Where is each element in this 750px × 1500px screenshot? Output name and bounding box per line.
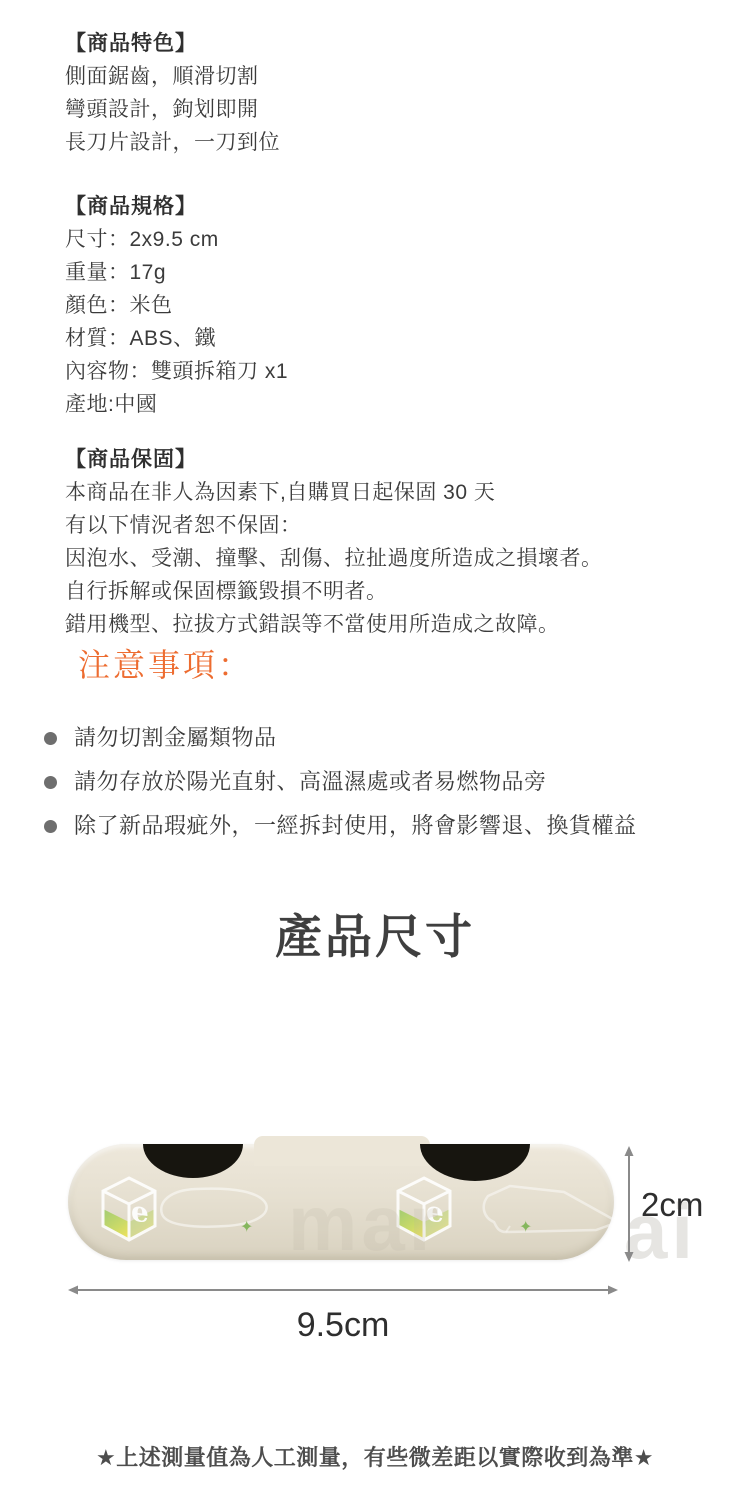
sparkle-icon: ✦ <box>240 1220 253 1236</box>
spec-origin: 產地:中國 <box>65 388 710 421</box>
warranty-title: 【商品保固】 <box>65 443 710 476</box>
features-line: 側面鋸齒，順滑切割 <box>65 60 710 93</box>
bullet-dot-icon <box>44 776 57 789</box>
warranty-line: 有以下情況者恕不保固： <box>65 509 710 542</box>
brand-cube-logo-icon: e <box>396 1176 452 1242</box>
product-description-page: 【商品特色】 側面鋸齒，順滑切割 彎頭設計，鉤划即開 長刀片設計，一刀到位 【商… <box>0 0 750 1500</box>
notice-bullet-text: 除了新品瑕疵外，一經拆封使用，將會影響退、換貨權益 <box>74 813 637 839</box>
bullet-dot-icon <box>44 820 57 833</box>
features-title: 【商品特色】 <box>65 27 710 60</box>
height-dimension-label: 2cm <box>641 1186 703 1224</box>
svg-text:e: e <box>426 1194 444 1229</box>
notice-bullet-text: 請勿切割金屬類物品 <box>74 725 277 751</box>
features-line: 彎頭設計，鉤划即開 <box>65 93 710 126</box>
width-dimension-label: 9.5cm <box>68 1306 618 1345</box>
brand-cube-logo-icon: e <box>101 1176 157 1242</box>
product-image: e e ✦ ✦ <box>68 1144 614 1260</box>
sparkle-icon: ✦ <box>519 1220 532 1236</box>
section-features: 【商品特色】 側面鋸齒，順滑切割 彎頭設計，鉤划即開 長刀片設計，一刀到位 <box>65 27 710 159</box>
notice-title: 注意事項： <box>78 644 253 686</box>
warranty-line: 本商品在非人為因素下,自購買日起保固 30 天 <box>65 476 710 509</box>
figure-title: 產品尺寸 <box>0 900 750 967</box>
spec-weight: 重量：17g <box>65 256 710 289</box>
spec-contents: 內容物：雙頭拆箱刀 x1 <box>65 355 710 388</box>
section-specs: 【商品規格】 尺寸：2x9.5 cm 重量：17g 顏色：米色 材質：ABS、鐵… <box>65 190 710 421</box>
spec-material: 材質：ABS、鐵 <box>65 322 710 355</box>
product-raised-center <box>254 1136 430 1166</box>
notice-bullet-item: 除了新品瑕疵外，一經拆封使用，將會影響退、換貨權益 <box>44 813 637 839</box>
specs-title: 【商品規格】 <box>65 190 710 223</box>
section-warranty: 【商品保固】 本商品在非人為因素下,自購買日起保固 30 天 有以下情況者恕不保… <box>65 443 710 641</box>
features-line: 長刀片設計，一刀到位 <box>65 126 710 159</box>
bullet-dot-icon <box>44 732 57 745</box>
embossed-blade-outline <box>476 1182 626 1238</box>
warranty-line: 自行拆解或保固標籤毀損不明者。 <box>65 575 710 608</box>
warranty-line: 錯用機型、拉拔方式錯誤等不當使用所造成之故障。 <box>65 608 710 641</box>
height-arrow-icon <box>622 1146 636 1262</box>
measurement-disclaimer: ★上述測量值為人工測量，有些微差距以實際收到為準★ <box>0 1441 750 1472</box>
notice-bullet-item: 請勿切割金屬類物品 <box>44 725 277 751</box>
spec-size: 尺寸：2x9.5 cm <box>65 223 710 256</box>
notice-bullet-item: 請勿存放於陽光直射、高溫濕處或者易燃物品旁 <box>44 769 547 795</box>
notice-bullet-text: 請勿存放於陽光直射、高溫濕處或者易燃物品旁 <box>74 769 547 795</box>
blade-notch-left <box>143 1144 243 1178</box>
warranty-line: 因泡水、受潮、撞擊、刮傷、拉扯過度所造成之損壞者。 <box>65 542 710 575</box>
embossed-loop-outline <box>156 1184 276 1232</box>
width-arrow-icon <box>68 1283 618 1297</box>
svg-text:e: e <box>131 1194 149 1229</box>
spec-color: 顏色：米色 <box>65 289 710 322</box>
